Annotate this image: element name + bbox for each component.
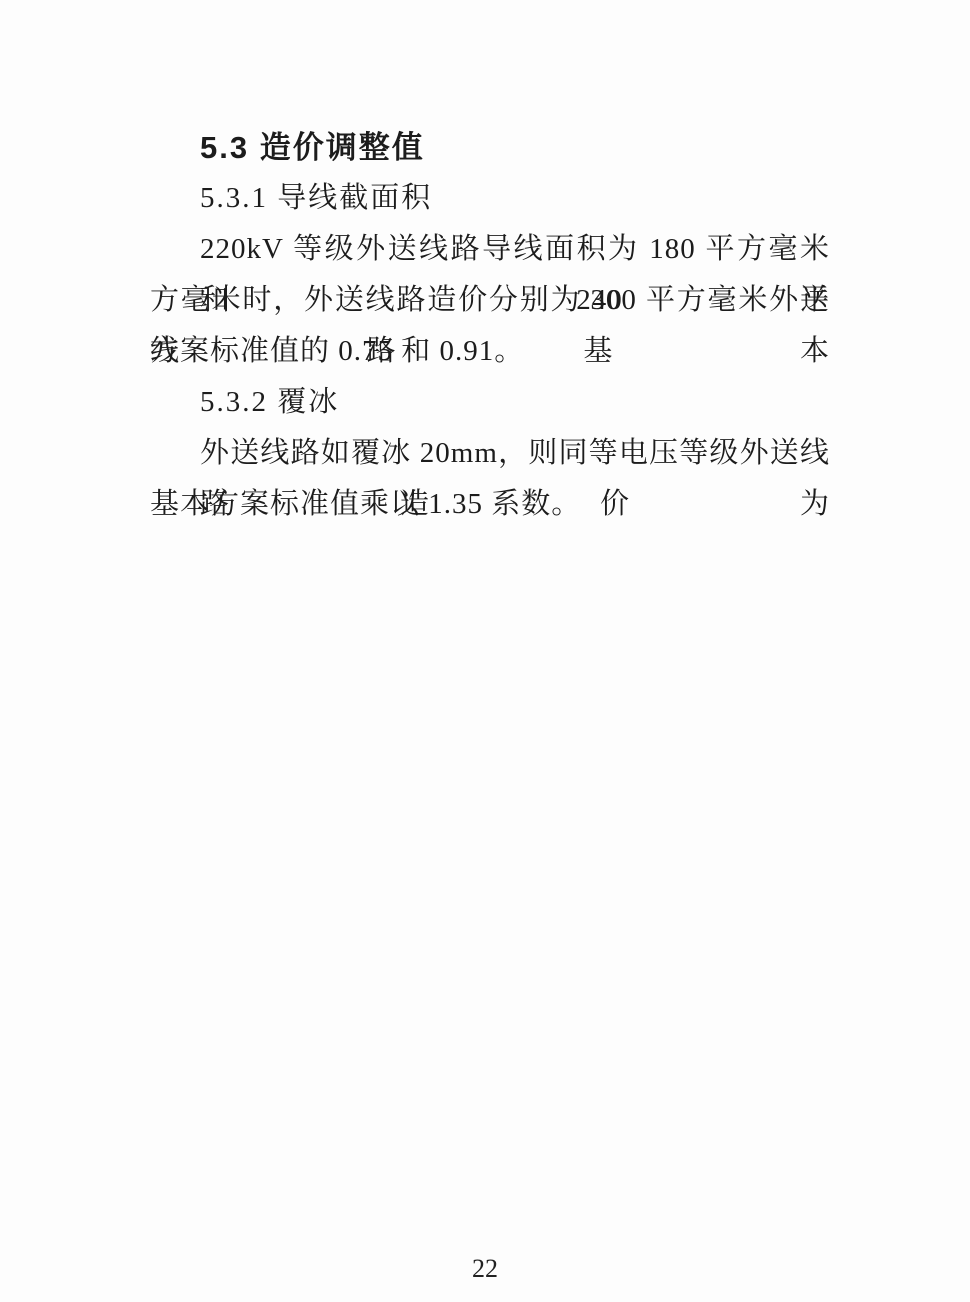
document-body: 5.3 造价调整值 5.3.1 导线截面积 220kV 等级外送线路导线面积为 …	[150, 122, 830, 530]
paragraph-532: 外送线路如覆冰 20mm，则同等电压等级外送线路造价为 基本方案标准值乘以 1.…	[150, 428, 830, 530]
paragraph-531: 220kV 等级外送线路导线面积为 180 平方毫米和 240 平 方毫米时，外…	[150, 224, 830, 377]
paragraph-531-line-1: 220kV 等级外送线路导线面积为 180 平方毫米和 240 平	[150, 224, 830, 275]
subsection-531-title: 5.3.1 导线截面积	[150, 173, 830, 224]
paragraph-531-line-2: 方毫米时，外送线路造价分别为 300 平方毫米外送线路基本	[150, 275, 830, 326]
paragraph-532-line-1: 外送线路如覆冰 20mm，则同等电压等级外送线路造价为	[150, 428, 830, 479]
section-heading: 5.3 造价调整值	[150, 122, 830, 173]
subsection-532-title: 5.3.2 覆冰	[150, 377, 830, 428]
document-page: 5.3 造价调整值 5.3.1 导线截面积 220kV 等级外送线路导线面积为 …	[0, 0, 970, 1302]
page-number: 22	[0, 1254, 970, 1284]
